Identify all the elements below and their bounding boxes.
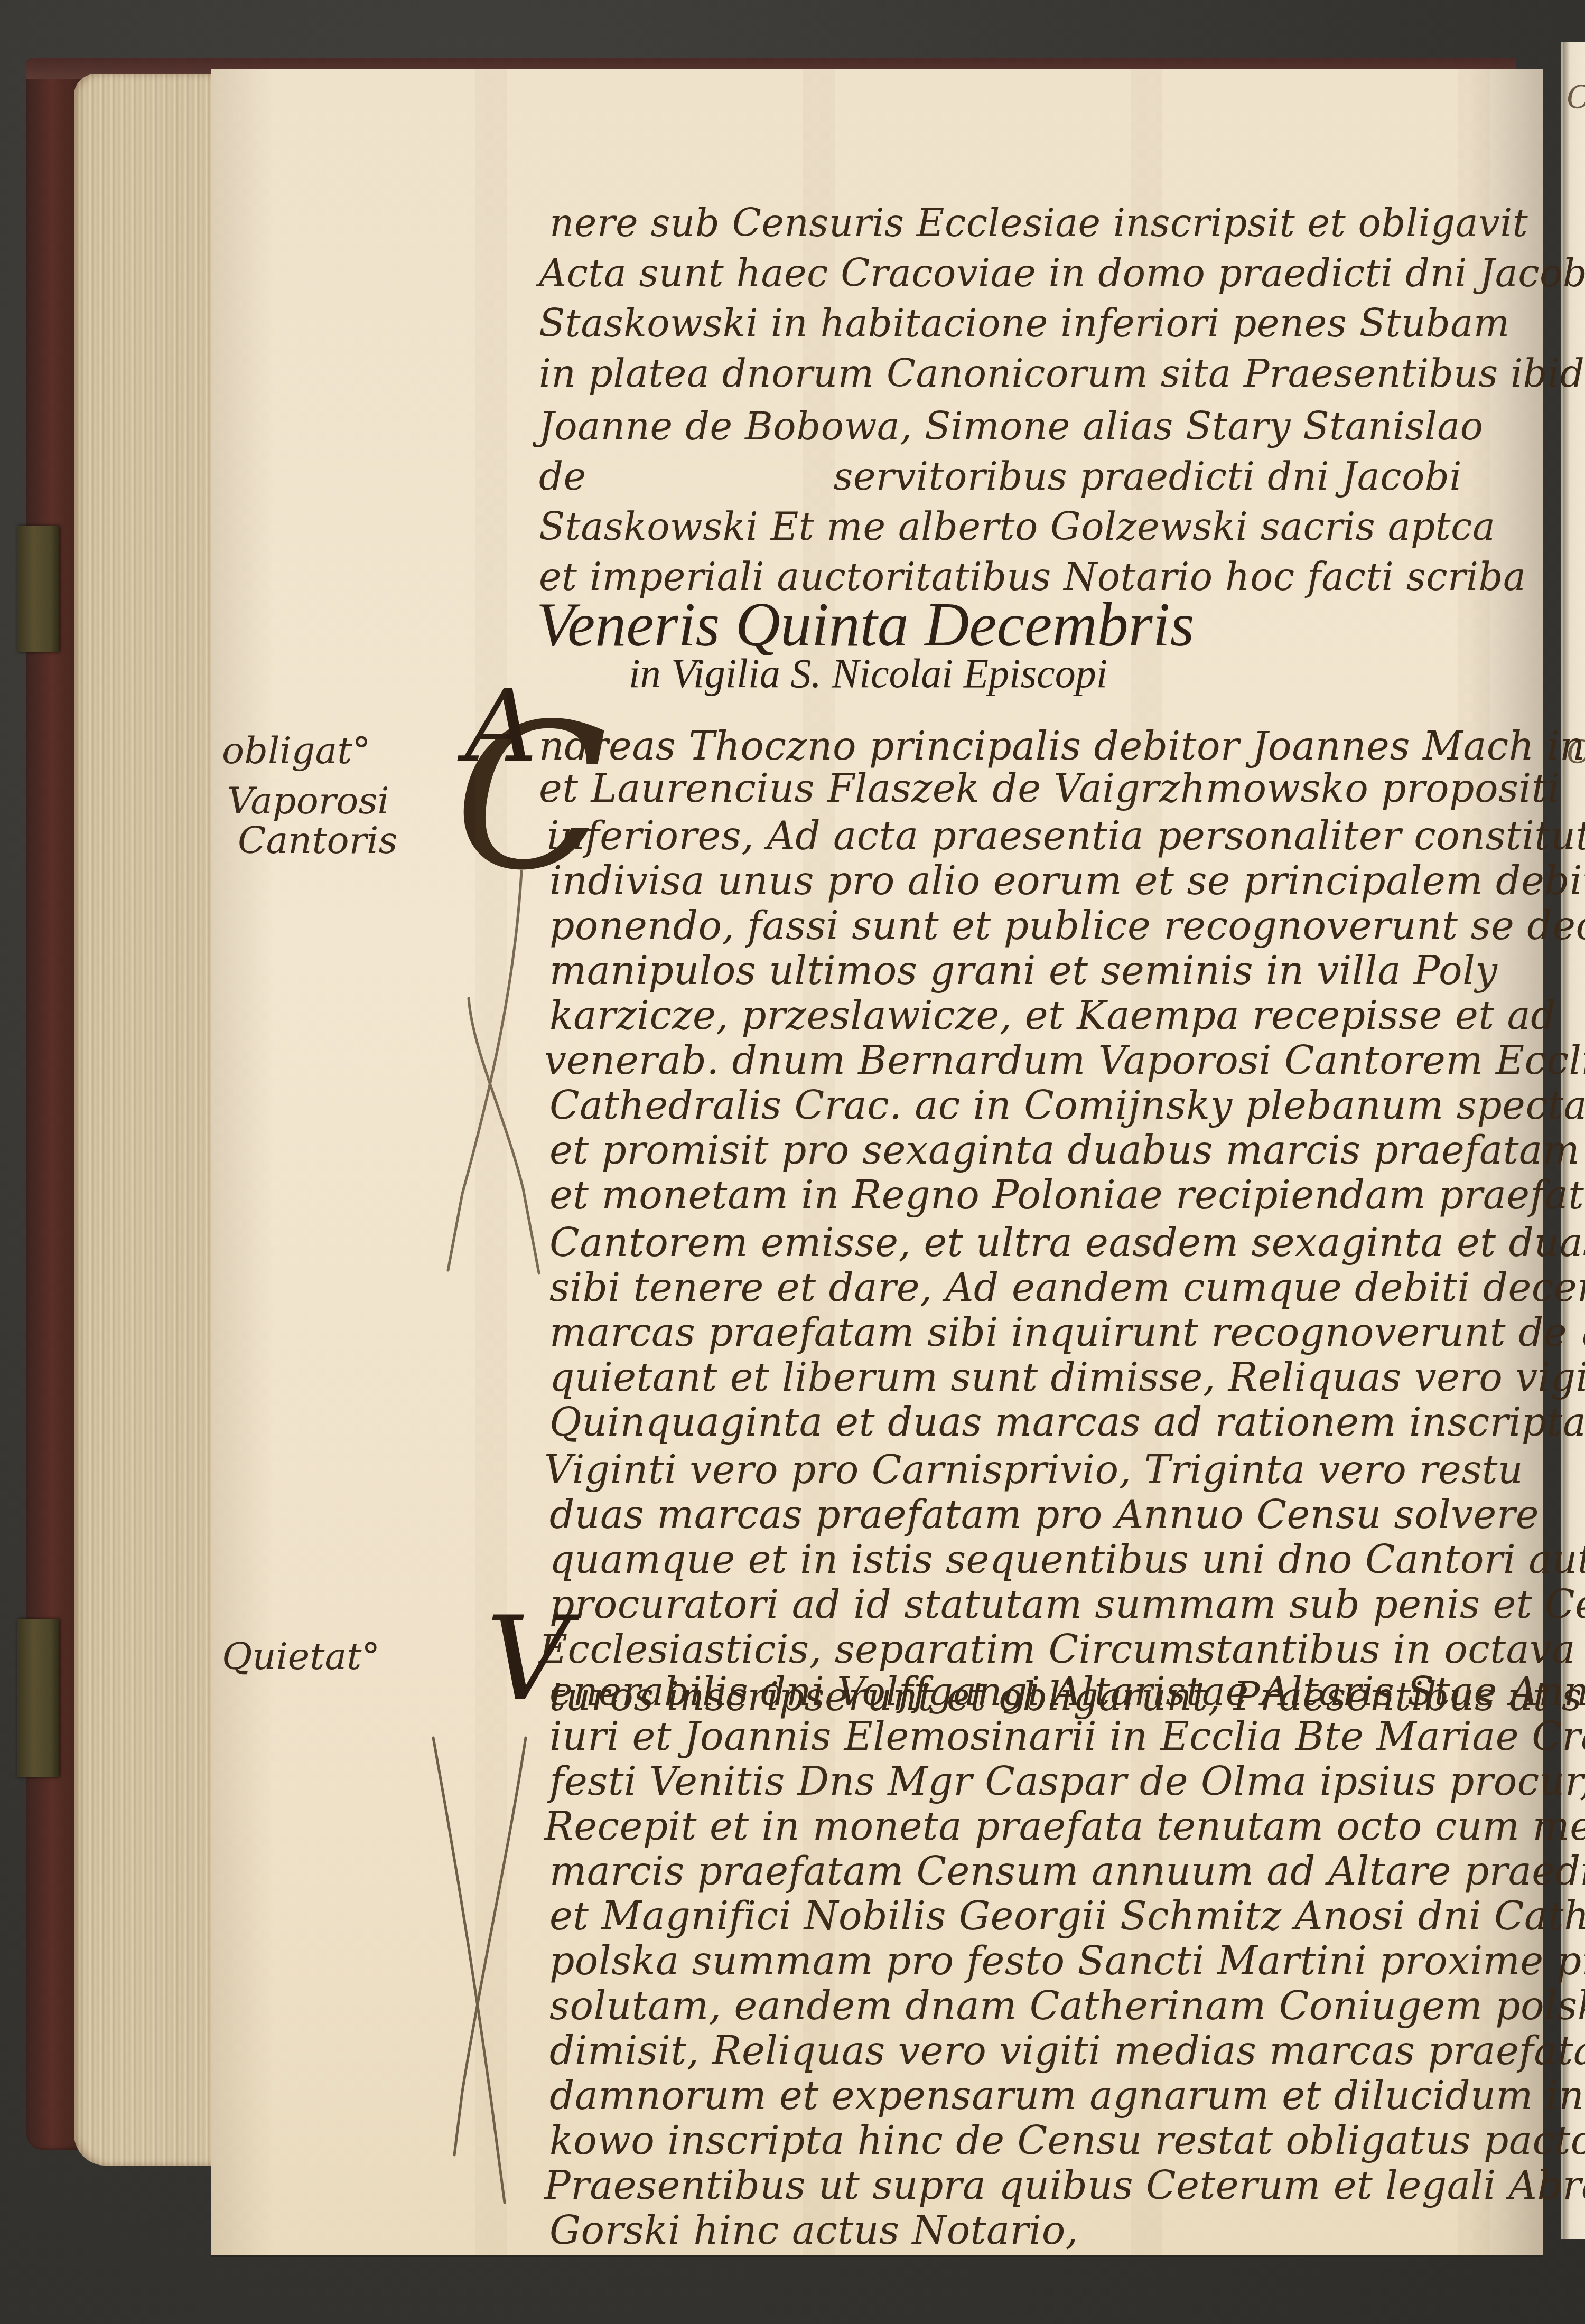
text-line: enerabilis dni Volffgangi Altaristae Alt…: [549, 1669, 1585, 1714]
text-line: solutam, eandem dnam Catherinam Coniugem…: [549, 1983, 1585, 2029]
cancellation-x-mark-icon: [412, 850, 549, 1283]
text-line: procuratori ad id statutam summam sub pe…: [549, 1582, 1585, 1627]
text-line: marcas praefatam sibi inquirunt recognov…: [549, 1310, 1585, 1355]
page-fore-edge-stack: [74, 74, 227, 2166]
text-line: iuri et Joannis Elemosinarii in Ecclia B…: [549, 1714, 1585, 1759]
metal-clasp-upper: [17, 526, 59, 652]
text-line: de servitoribus praedicti dni Jacobi: [539, 454, 1462, 499]
text-line: quietant et liberum sunt dimisse, Reliqu…: [549, 1355, 1585, 1400]
text-line: sibi tenere et dare, Ad eandem cumque de…: [549, 1265, 1585, 1310]
text-line: Quinquaginta et duas marcas ad rationem …: [549, 1400, 1585, 1445]
text-line: ndreas Thoczno principalis debitor Joann…: [539, 724, 1585, 769]
text-line: et monetam in Regno Poloniae recipiendam…: [549, 1173, 1585, 1218]
text-line: venerab. dnum Bernardum Vaporosi Cantore…: [544, 1038, 1585, 1083]
margin-note-quietatio: Quietat°: [222, 1635, 380, 1678]
text-line: et promisit pro sexaginta duabus marcis …: [549, 1128, 1585, 1173]
initial-letter-a: A: [465, 676, 537, 776]
text-line: Cathedralis Crac. ac in Comijnsky pleban…: [549, 1083, 1585, 1128]
text-line: Cantorem emisse, et ultra easdem sexagin…: [549, 1220, 1585, 1266]
facing-page-glyph: C: [1567, 79, 1585, 116]
text-line: in platea dnorum Canonicorum sita Praese…: [539, 351, 1585, 396]
text-line: inferiores, Ad acta praesentia personali…: [547, 813, 1585, 859]
text-line: Viginti vero pro Carnisprivio, Triginta …: [544, 1447, 1523, 1493]
text-line: Acta sunt haec Cracoviae in domo praedic…: [539, 251, 1585, 295]
text-line: Praesentibus ut supra quibus Ceterum et …: [544, 2163, 1585, 2208]
text-line: Staskowski Et me alberto Golzewski sacri…: [539, 504, 1495, 549]
text-line: damnorum et expensarum agnarum et diluci…: [549, 2073, 1585, 2119]
metal-clasp-lower: [17, 1619, 59, 1777]
text-line: marcis praefatam Censum annuum ad Altare…: [549, 1849, 1585, 1894]
text-line: Ecclesiasticis, separatim Circumstantibu…: [539, 1627, 1585, 1672]
text-line: kowo inscripta hinc de Censu restat obli…: [549, 2118, 1585, 2163]
margin-note-vaporosi: Vaporosi: [227, 779, 389, 822]
cancellation-x-mark-icon: [412, 1722, 560, 2218]
text-line: ponendo, fassi sunt et publice recognove…: [549, 903, 1585, 949]
text-line: et Magnifici Nobilis Georgii Schmitz Ano…: [549, 1894, 1585, 1939]
manuscript-page: nere sub Censuris Ecclesiae inscripsit e…: [211, 69, 1543, 2257]
text-line: Joanne de Bobowa, Simone alias Stary Sta…: [539, 404, 1484, 448]
text-line: festi Venitis Dns Mgr Caspar de Olma ips…: [549, 1759, 1585, 1804]
text-line: quamque et in istis sequentibus uni dno …: [549, 1537, 1585, 1582]
text-line: manipulos ultimos grani et seminis in vi…: [549, 948, 1498, 994]
text-line: indivisa unus pro alio eorum et se princ…: [549, 858, 1585, 904]
text-line: Staskowski in habitacione inferiori pene…: [539, 301, 1510, 345]
text-line: karzicze, przeslawicze, et Kaempa recepi…: [549, 993, 1556, 1038]
manuscript-scan: C Ob nere sub Censuris Ecclesiae inscrip…: [0, 0, 1585, 2324]
text-line: polska summam pro festo Sancti Martini p…: [549, 1938, 1585, 1984]
text-line: nere sub Censuris Ecclesiae inscripsit e…: [549, 201, 1528, 245]
text-line: dimisit, Reliquas vero vigiti medias mar…: [549, 2028, 1585, 2074]
margin-note-cantoris: Cantoris: [238, 819, 397, 862]
heading-feast: in Vigilia S. Nicolai Episcopi: [629, 650, 1107, 697]
text-line: duas marcas praefatam pro Annuo Censu so…: [549, 1492, 1539, 1538]
text-line: Recepit et in moneta praefata tenutam oc…: [544, 1804, 1585, 1849]
margin-note-obligatio: obligat°: [222, 729, 370, 772]
text-line: Gorski hinc actus Notario,: [549, 2208, 1078, 2253]
text-line: et Laurencius Flaszek de Vaigrzhmowsko p…: [539, 766, 1560, 811]
